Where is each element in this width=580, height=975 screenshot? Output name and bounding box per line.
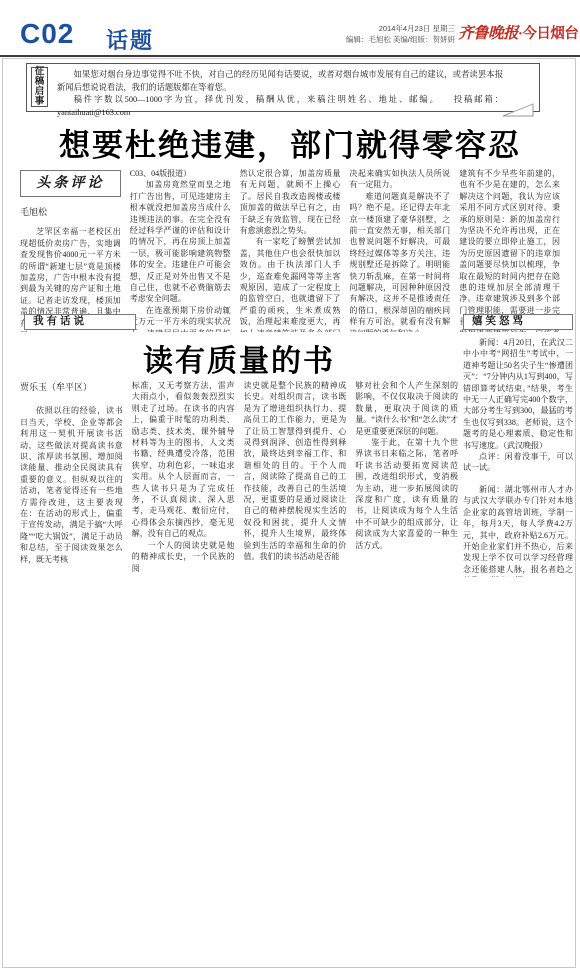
section-title: 话题 xyxy=(106,24,154,55)
news-comment: 点评：闲着没事干，可以试一试。 xyxy=(463,451,573,474)
article-column-3: 然认定很合算，加盖房质量有无问题，就顾不上操心了。居民自我改造阁楼或楼顶加盖的做… xyxy=(240,168,341,332)
reader-section-label: 我有话说 xyxy=(33,316,87,327)
article-column-5: 建筑有不少早些年前建的，也有不少是在建的，怎么来解决这个问题，我认为应该采用不同… xyxy=(459,168,560,332)
reader-column-1: 贾乐玉（牟平区） 依照以往的经验，读书日当天，学校、企业等都会利用这一契机开展读… xyxy=(20,380,123,576)
article-paragraph: 依照以往的经验，读书日当天，学校、企业等都会利用这一契机开展读书活动，这些做法对… xyxy=(20,405,123,565)
reader-author-name: 贾乐玉（牟平区） xyxy=(20,382,123,393)
lead-comment-label: 头条评论 xyxy=(36,178,104,189)
reader-column-3: 读史就是整个民族的精神成长史。对组织而言，读书既是为了增进组织执行力、提高员工的… xyxy=(244,380,347,576)
article-paragraph: 鉴于此，在第十九个世界读书日来临之际，笔者呼吁读书活动要拓宽阅读范围，改进组织形… xyxy=(355,437,458,551)
article-paragraph: 一个人的阅读史就是他的精神成长史，一个民族的阅 xyxy=(132,540,235,574)
submission-notice-text: 如果您对烟台身边事觉得不吐不快，对自己的经历见闻有话要说，或者对烟台城市发展有自… xyxy=(57,69,503,119)
article-paragraph: 加盖房竟然堂而皇之地打广告出售，可见违建房主根本就没把加盖房当成什么违规违法的事… xyxy=(130,179,231,304)
page-curl-icon xyxy=(501,102,535,118)
article-paragraph: 有一家吃了螃蟹尝试加盖，其他住户也会很快加以效仿。由于执法部门人手少，巡查难免漏… xyxy=(240,236,341,332)
staff-line: 编辑：毛旭松 美编/组版：贺妍妍 xyxy=(320,34,455,45)
news-item: 新闻：4月20日，在武汉二中小中考“网招生”考试中，一道神考题让50名尖子生“惨… xyxy=(463,337,573,451)
notice-requirements: 稿件字数以500—1000字为宜，择优刊发，稿酬从优，来稿注明姓名、地址、邮编。 xyxy=(74,95,440,104)
article-paragraph: 标准，又无考察方法，雷声大雨点小，看似轰轰烈烈实则走了过场。在读书的内容上，偏重… xyxy=(132,380,235,540)
reader-article: 贾乐玉（牟平区） 依照以往的经验，读书日当天，学校、企业等都会利用这一契机开展读… xyxy=(20,380,458,576)
edition-info: 2014年4月23日 星期三 编辑：毛旭松 美编/组版：贺妍妍 xyxy=(320,23,455,45)
article-column-4: 决起来确实如执法人员所说有一定阻力。 难道问题真是解决不了吗？绝不是。还记得去年… xyxy=(349,168,450,332)
reader-column-4: 够对社会和个人产生深刻的影响，不仅仅取决于阅读的数量，更取决于阅读的质量。“读什… xyxy=(355,380,458,576)
date-line: 2014年4月23日 星期三 xyxy=(320,23,455,34)
masthead-title: 齐鲁晚报 xyxy=(458,25,518,42)
notice-paragraph: 稿件字数以500—1000字为宜，择优刊发，稿酬从优，来稿注明姓名、地址、邮编。… xyxy=(57,94,503,119)
author-name: 毛旭松 xyxy=(20,207,121,218)
page-header: C02 话题 2014年4月23日 星期三 编辑：毛旭松 美编/组版：贺妍妍 齐… xyxy=(0,0,580,57)
article-column-1: 头条评论 毛旭松 芝罘区幸福一老校区出现超低价卖房广告，实地调查发现售价4000… xyxy=(20,168,121,332)
reader-headline: 读有质量的书 xyxy=(20,336,458,380)
funny-section-label: 嬉笑怒骂 xyxy=(472,316,526,327)
masthead: 齐鲁晚报·今日烟台 xyxy=(458,21,578,43)
reader-section-label-box: 我有话说 xyxy=(24,314,136,330)
notice-label-char: 稿 xyxy=(35,77,45,87)
news-item: 新闻：湖北鄂州市人才办与武汉大学联办专门针对本地企业家的高管培训班，学制一年，每… xyxy=(463,484,573,577)
notice-label-char: 征 xyxy=(35,67,45,77)
reader-column-2: 标准，又无考察方法，雷声大雨点小，看似轰轰烈烈实则走了过场。在读书的内容上，偏重… xyxy=(132,380,235,576)
funny-column: 新闻：4月20日，在武汉二中小中考“网招生”考试中，一道神考题让50名尖子生“惨… xyxy=(463,337,573,577)
main-article: 头条评论 毛旭松 芝罘区幸福一老校区出现超低价卖房广告，实地调查发现售价4000… xyxy=(20,168,560,332)
article-column-2: C03、04版报道） 加盖房竟然堂而皇之地打广告出售，可见违建房主根本就没把加盖… xyxy=(130,168,231,332)
submission-notice-box: 征 稿 启 事 如果您对烟台身边事觉得不吐不快，对自己的经历见闻有话要说，或者对… xyxy=(26,63,540,112)
notice-paragraph: 如果您对烟台身边事觉得不吐不快，对自己的经历见闻有话要说，或者对烟台城市发展有自… xyxy=(57,69,503,94)
article-paragraph: 在连涨预期下房价动辄近万元一平方米的现实状况下，违建居民中更多的是扩建了家庭住房… xyxy=(130,305,231,332)
article-paragraph: 决起来确实如执法人员所说有一定阻力。 xyxy=(349,168,450,191)
page-code: C02 xyxy=(20,18,74,50)
masthead-edition: ·今日烟台 xyxy=(518,26,578,42)
article-paragraph: 读史就是整个民族的精神成长史。对组织而言，读书既是为了增进组织执行力、提高员工的… xyxy=(244,380,347,563)
article-paragraph: 然认定很合算，加盖房质量有无问题，就顾不上操心了。居民自我改造阁楼或楼顶加盖的做… xyxy=(240,168,341,236)
submission-notice-label: 征 稿 启 事 xyxy=(31,67,48,107)
article-paragraph: 难道问题真是解决不了吗？绝不是。还记得去年北京一楼顶建了豪华别墅，之前一直安然无… xyxy=(349,191,450,332)
funny-section-label-box: 嬉笑怒骂 xyxy=(463,314,573,330)
notice-label-char: 事 xyxy=(35,97,45,107)
article-paragraph: 够对社会和个人产生深刻的影响，不仅仅取决于阅读的数量，更取决于阅读的质量。“读什… xyxy=(355,380,458,437)
article-paragraph: 建筑有不少早些年前建的，也有不少是在建的，怎么来解决这个问题，我认为应该采用不同… xyxy=(459,168,560,332)
article-paragraph: C03、04版报道） xyxy=(130,168,231,179)
notice-label-char: 启 xyxy=(35,87,45,97)
lead-comment-label-box: 头条评论 xyxy=(20,170,121,197)
main-headline: 想要杜绝违建，部门就得零容忍 xyxy=(40,120,540,165)
